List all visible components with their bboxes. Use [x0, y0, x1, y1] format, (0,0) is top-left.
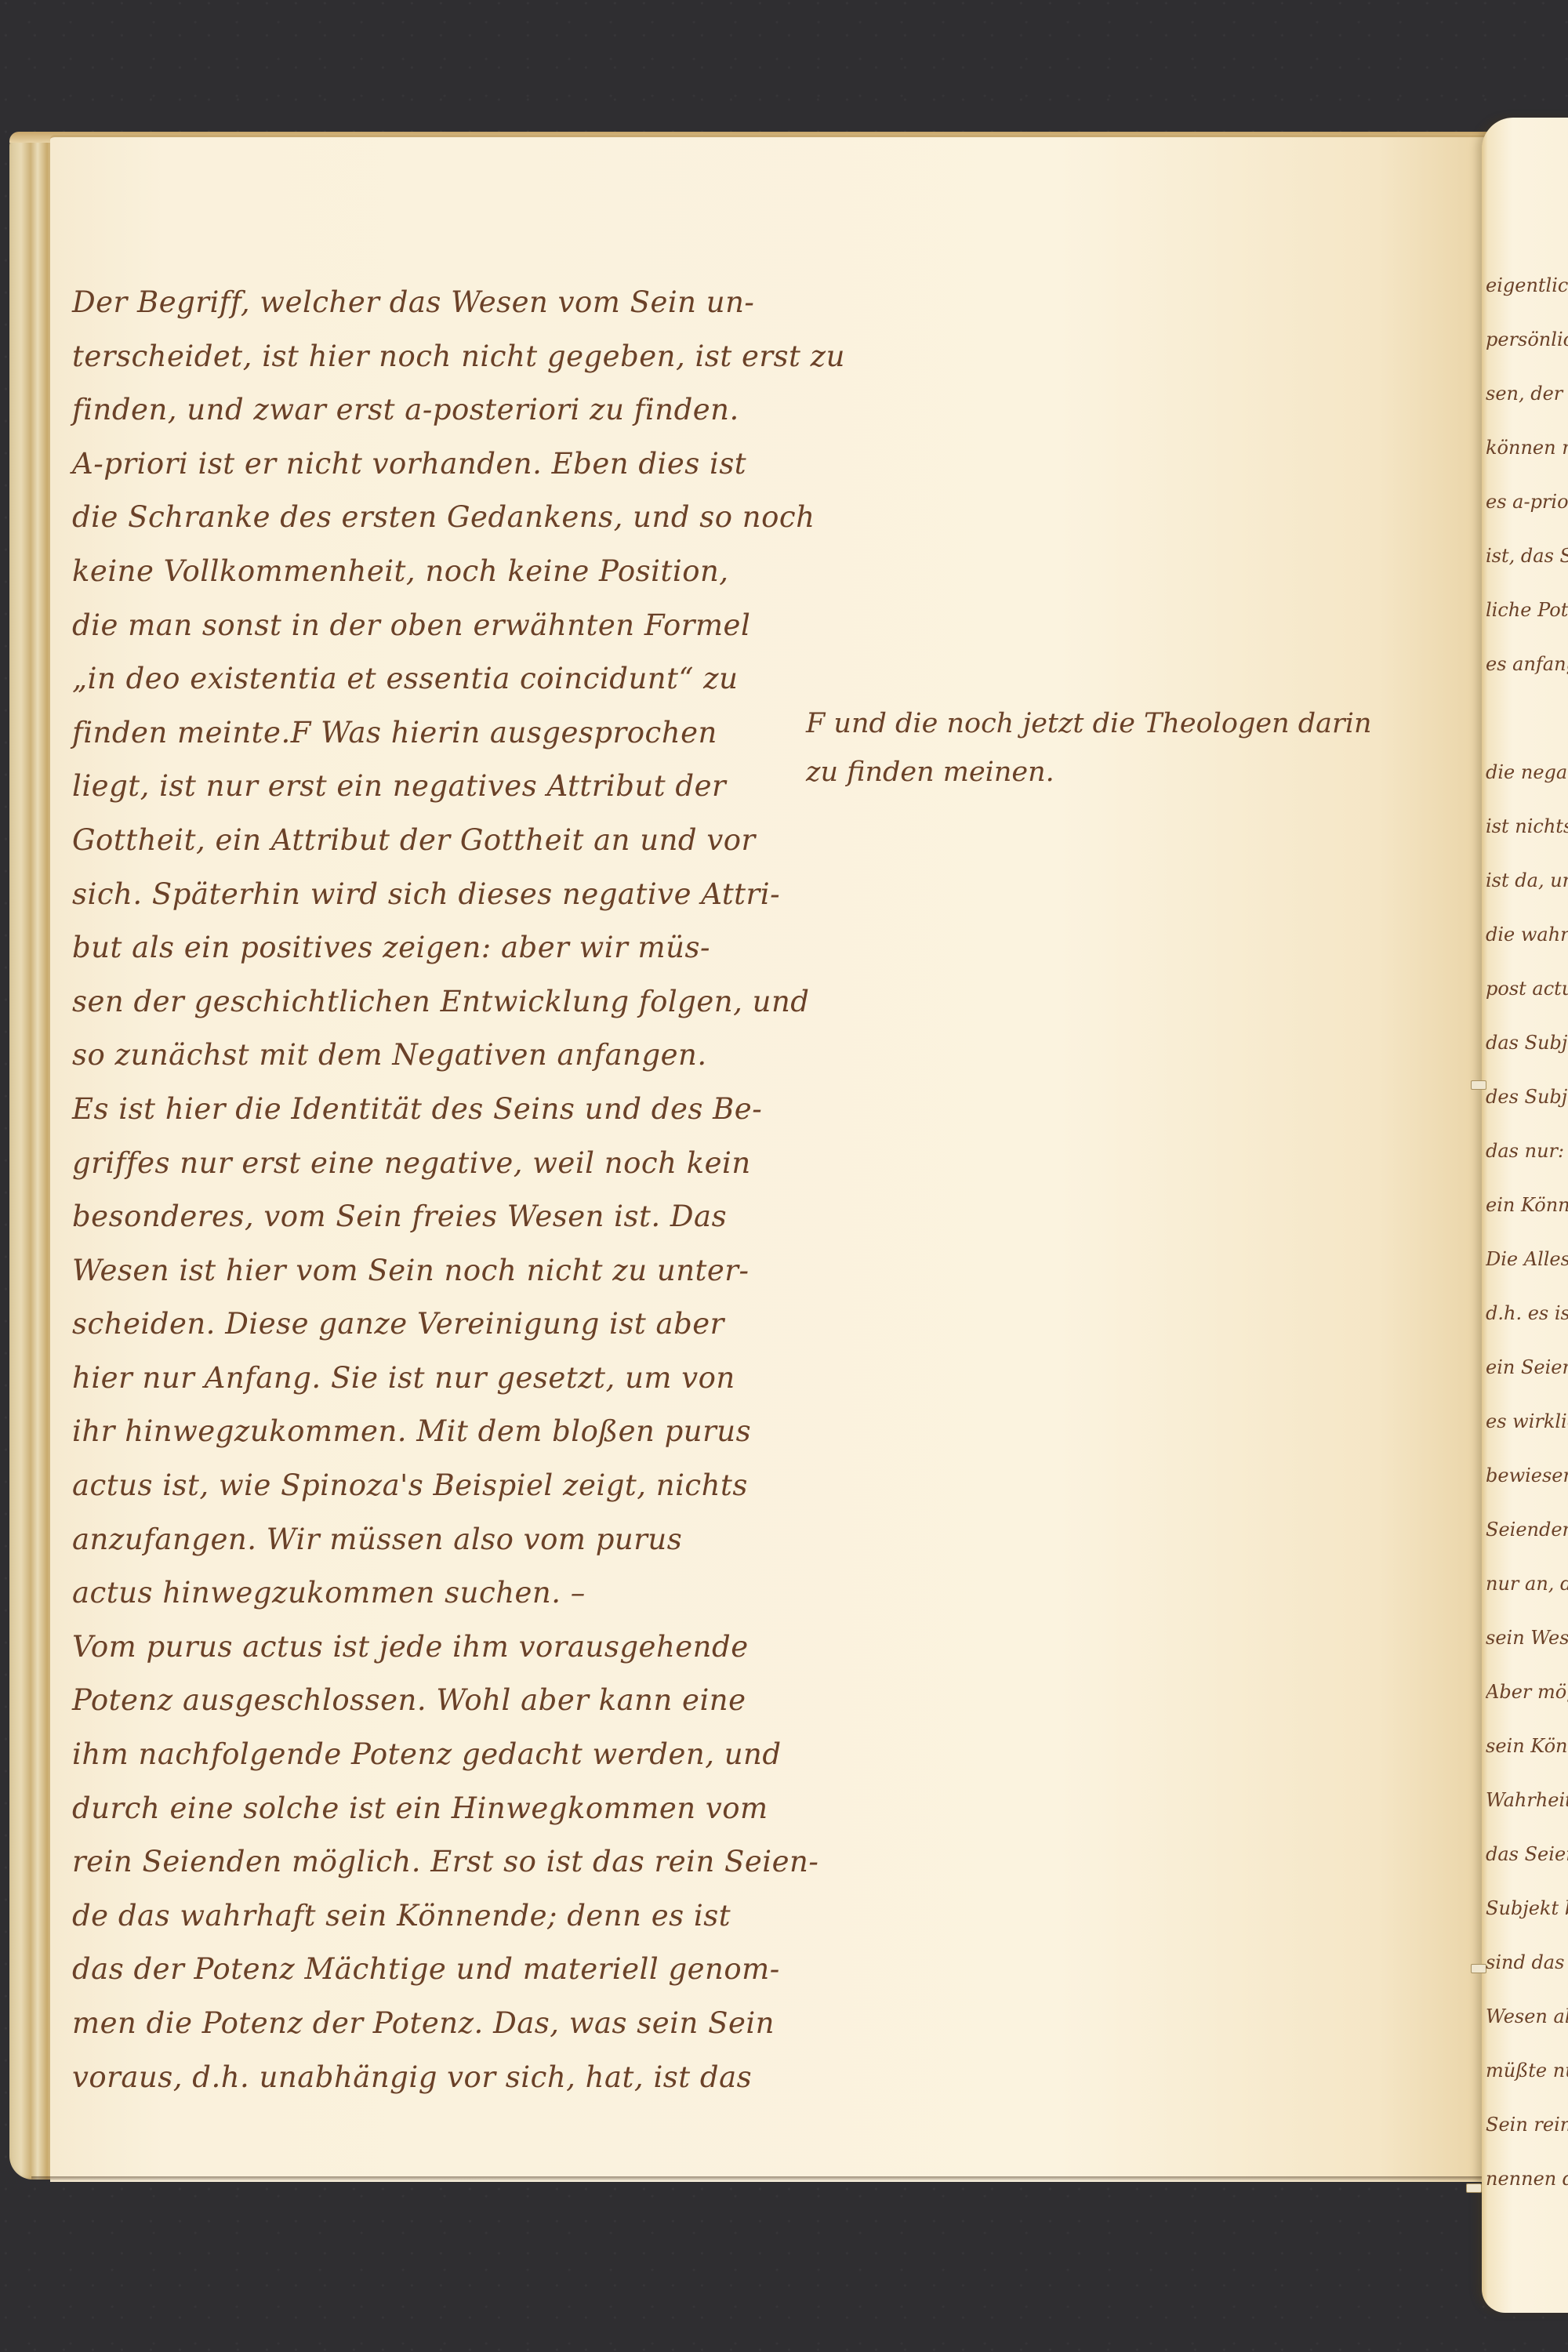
fragment-line: eigentlich we [1486, 259, 1568, 313]
text-line: Der Begriff, welcher das Wesen vom Sein … [72, 276, 825, 330]
text-line: voraus, d.h. unabhängig vor sich, hat, i… [72, 2051, 825, 2105]
page-block-edge [9, 135, 56, 2180]
text-line: die man sonst in der oben erwähnten Form… [72, 599, 825, 653]
facing-page-text-fragments: eigentlich we persönlichen sen, der in k… [1486, 259, 1568, 2206]
text-line: anzufangen. Wir müssen also vom purus [72, 1513, 825, 1567]
fragment-line: sind das Sein [1486, 1936, 1568, 1990]
fragment-line: Die Alles voraus [1486, 1232, 1568, 1287]
fragment-line: sein Könnende ist [1486, 1719, 1568, 1773]
text-line: Potenz ausgeschlossen. Wohl aber kann ei… [72, 1674, 825, 1728]
fragment-line: post actum [1486, 962, 1568, 1016]
page-tab-marker [1466, 2183, 1482, 2193]
fragment-line: Wahrheit a-pos [1486, 1773, 1568, 1828]
fragment-line: das Seiende ist [1486, 1828, 1568, 1882]
text-line: actus ist, wie Spinoza's Beispiel zeigt,… [72, 1459, 825, 1513]
text-line: Wesen ist hier vom Sein noch nicht zu un… [72, 1244, 825, 1298]
fragment-line: es wirklich so ist, [1486, 1395, 1568, 1449]
text-line: keine Vollkommenheit, noch keine Positio… [72, 545, 825, 599]
text-line: griffes nur erst eine negative, weil noc… [72, 1137, 825, 1191]
main-text-column: Der Begriff, welcher das Wesen vom Sein … [72, 276, 825, 2104]
fragment-line: nur an, daß es [1486, 1557, 1568, 1611]
footnote-line: F und die noch jetzt die Theologen darin [806, 699, 1480, 748]
text-line: sich. Späterhin wird sich dieses negativ… [72, 868, 825, 922]
page-bottom-shadow [31, 2176, 1490, 2181]
fragment-line: es anfangen. [1486, 637, 1568, 691]
text-line: die Schranke des ersten Gedankens, und s… [72, 491, 825, 545]
fragment-line: das Subjekt (d. [1486, 1016, 1568, 1070]
text-line: terscheidet, ist hier noch nicht gegeben… [72, 330, 825, 384]
fragment-line: ein Seiende das [1486, 1341, 1568, 1395]
paragraph-start-line: Vom purus actus ist jede ihm vorausgehen… [72, 1621, 825, 1675]
text-line: besonderes, vom Sein freies Wesen ist. D… [72, 1190, 825, 1244]
fragment-line: Seienden nicht [1486, 1503, 1568, 1557]
text-line: sen der geschichtlichen Entwicklung folg… [72, 975, 825, 1029]
fragment-line: bewiesen. Denn [1486, 1449, 1568, 1503]
fragment-line: liche Potenz: [1486, 583, 1568, 637]
text-line: finden, und zwar erst a-posteriori zu fi… [72, 383, 825, 437]
text-line: men die Potenz der Potenz. Das, was sein… [72, 1997, 825, 2051]
text-line: ihr hinwegzukommen. Mit dem bloßen purus [72, 1405, 825, 1459]
fragment-line: können nichts [1486, 421, 1568, 475]
fragment-line: ist da, um über [1486, 854, 1568, 908]
footnote-line: zu finden meinen. [806, 748, 1480, 797]
text-line: actus hinwegzukommen suchen. – [72, 1566, 825, 1621]
text-line: Es ist hier die Identität des Seins und … [72, 1083, 825, 1137]
text-line: but als ein positives zeigen: aber wir m… [72, 921, 825, 975]
fragment-line: d.h. es ist gese [1486, 1287, 1568, 1341]
fragment-line: ist, das Seiende [1486, 529, 1568, 583]
fragment-line: müßte nur die [1486, 2044, 1568, 2098]
fragment-line: es a-priori [1486, 475, 1568, 529]
fragment-line: Sein rein Seiende [1486, 2098, 1568, 2152]
fragment-line: sen, der in [1486, 367, 1568, 421]
text-line: das der Potenz Mächtige und materiell ge… [72, 1943, 825, 1997]
text-line: de das wahrhaft sein Könnende; denn es i… [72, 1889, 825, 1944]
text-line: Gottheit, ein Attribut der Gottheit an u… [72, 814, 825, 868]
fragment-line: ein Könnende. – [1486, 1178, 1568, 1232]
page-tab-marker [1471, 1080, 1486, 1090]
text-line: rein Seienden möglich. Erst so ist das r… [72, 1835, 825, 1889]
fragment-line: die wahre Potenz [1486, 908, 1568, 962]
fragment-line: Subjekt bezeichnen [1486, 1882, 1568, 1936]
fragment-line: nennen die ge [1486, 2152, 1568, 2206]
fragment-line: Wesen als [1486, 1990, 1568, 2044]
fragment-line: die negative [1486, 746, 1568, 800]
fragment-line: das nur: das [1486, 1124, 1568, 1178]
text-line: durch eine solche ist ein Hinwegkommen v… [72, 1782, 825, 1836]
fragment-line: ist nichts Wah [1486, 800, 1568, 854]
text-line: scheiden. Diese ganze Vereinigung ist ab… [72, 1298, 825, 1352]
page-tab-marker [1471, 1964, 1486, 1973]
fragment-line: sein Wesen von [1486, 1611, 1568, 1665]
marginal-footnote: F und die noch jetzt die Theologen darin… [806, 699, 1480, 797]
text-line: liegt, ist nur erst ein negatives Attrib… [72, 760, 825, 814]
fragment-line [1486, 691, 1568, 746]
text-line: so zunächst mit dem Negativen anfangen. [72, 1029, 825, 1083]
text-line: „in deo existentia et essentia coincidun… [72, 652, 825, 706]
fragment-line: des Subjekts ist) [1486, 1070, 1568, 1124]
fragment-line: persönlichen [1486, 313, 1568, 367]
fragment-line: Aber möglich ist [1486, 1665, 1568, 1719]
text-line: ihm nachfolgende Potenz gedacht werden, … [72, 1728, 825, 1782]
text-line-with-footnote-marker: finden meinte.F Was hierin ausgesprochen [72, 706, 825, 760]
text-line: hier nur Anfang. Sie ist nur gesetzt, um… [72, 1352, 825, 1406]
text-line: A-priori ist er nicht vorhanden. Eben di… [72, 437, 825, 492]
